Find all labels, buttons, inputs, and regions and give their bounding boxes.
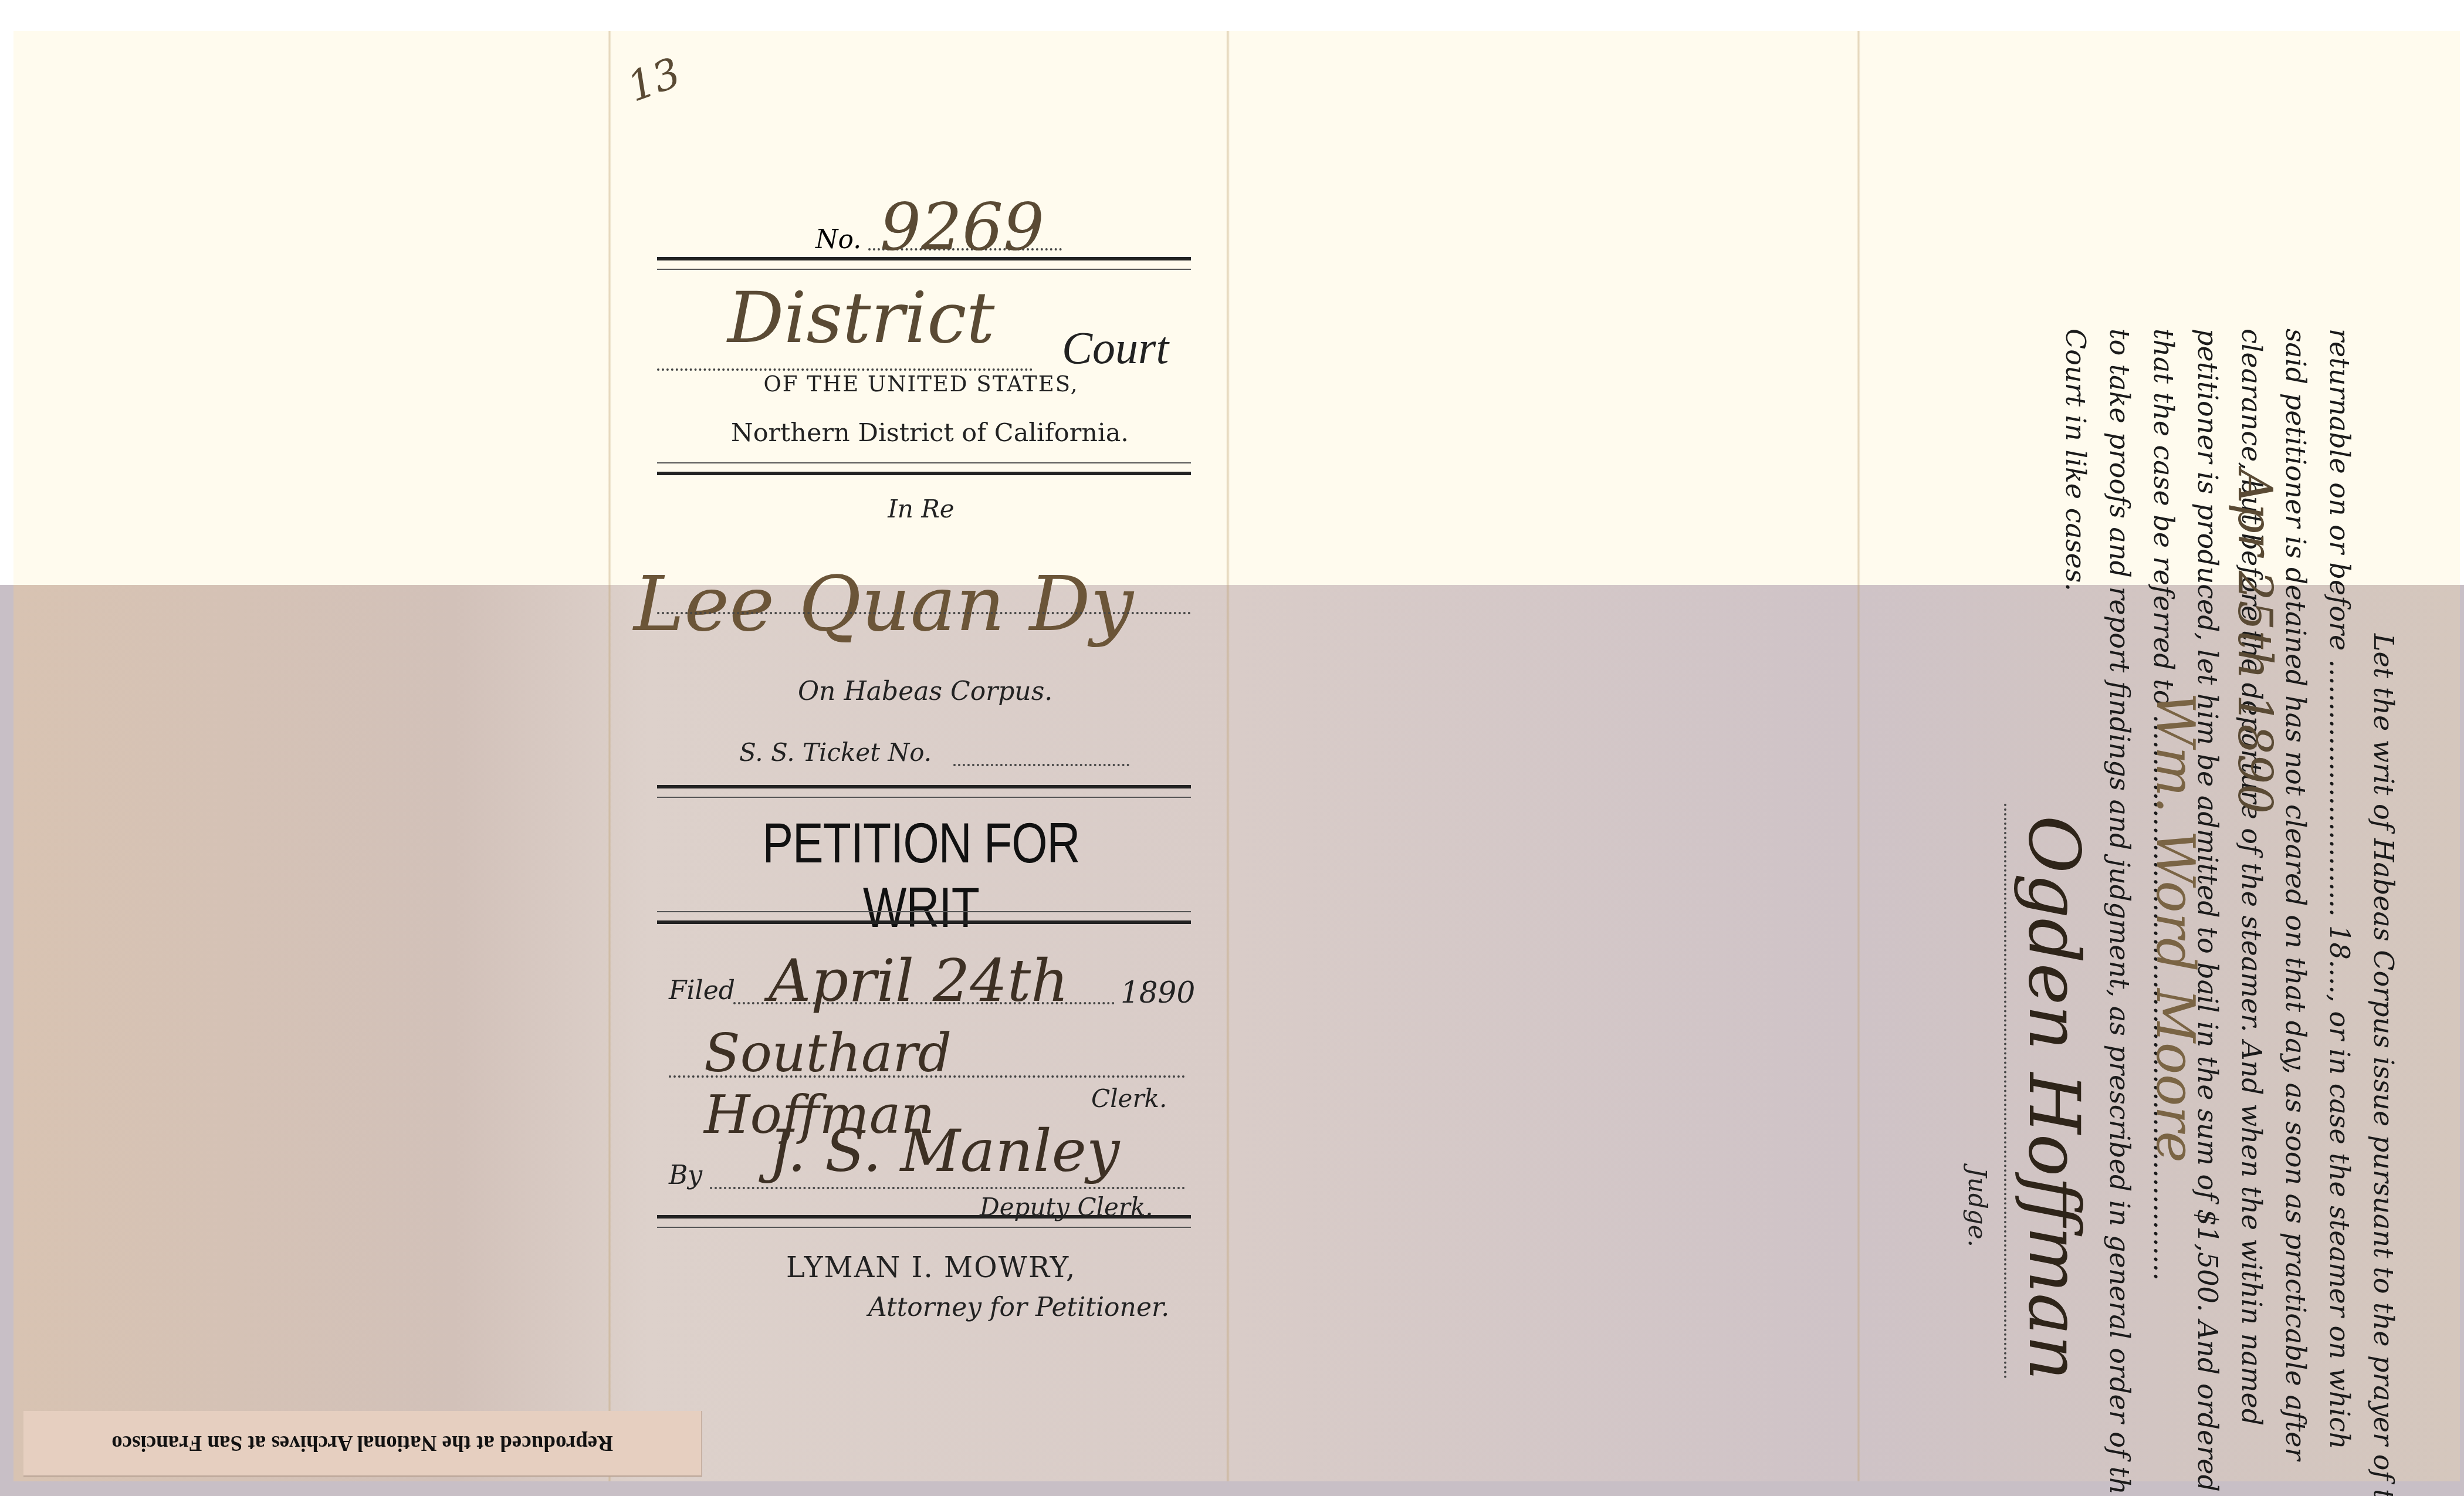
judge-signature-block: Ogden Hoffman Judge. — [1895, 804, 2118, 1390]
petitioner-line — [657, 612, 1191, 614]
in-re-label: In Re — [651, 495, 1191, 523]
court-subtitle-2: Northern District of California. — [660, 418, 1200, 448]
by-label: By — [669, 1160, 702, 1190]
judge-signature: Ogden Hoffman — [2013, 815, 2094, 1380]
filed-label: Filed — [669, 976, 735, 1006]
ticket-line[interactable] — [953, 764, 1129, 766]
filed-row: Filed April 24th 1890 — [651, 946, 1191, 1023]
ticket-row: S. S. Ticket No. — [739, 738, 1103, 773]
ticket-label: S. S. Ticket No. — [739, 738, 932, 767]
clerk-line — [669, 1075, 1185, 1078]
court-line — [657, 368, 1033, 371]
court-subtitle-1: OF THE UNITED STATES, — [651, 371, 1191, 397]
rule-2 — [657, 462, 1191, 475]
deputy-signature: J. S. Manley — [769, 1116, 1120, 1185]
judge-label: Judge. — [1963, 1167, 1992, 1247]
case-number-row: No. 9269 — [815, 189, 1097, 254]
court-label: Court — [1062, 321, 1169, 374]
deputy-row: By J. S. Manley Deputy Clerk. — [651, 1105, 1191, 1204]
petitioner-name-handwritten: Lee Quan Dy — [634, 559, 1133, 648]
fold-line-left — [608, 31, 611, 1481]
rule-4 — [657, 911, 1191, 924]
case-number-label: No. — [815, 225, 861, 255]
rule-3 — [657, 785, 1191, 798]
filed-year: 1890 — [1121, 976, 1195, 1010]
clerk-row: Southard Hoffman Clerk. — [651, 1023, 1191, 1105]
referee-handwritten: Wm. Word Moore — [2144, 692, 2206, 1163]
attorney-name: LYMAN I. MOWRY, — [786, 1251, 1326, 1284]
filed-date-handwritten: April 24th — [769, 946, 1069, 1015]
archive-stamp-text: Reproduced at the National Archives at S… — [111, 1431, 613, 1456]
court-handwritten: District — [727, 277, 995, 359]
cover-panel: No. 9269 District Court OF THE UNITED ST… — [651, 31, 1209, 1481]
proceeding-label: On Habeas Corpus. — [798, 676, 1338, 706]
case-number-value: 9269 — [880, 189, 1044, 265]
order-line-2: returnable on or before ................… — [2317, 329, 2361, 1443]
return-date-handwritten: Apr 25th 1890 — [2228, 469, 2282, 814]
attorney-label: Attorney for Petitioner. — [868, 1292, 1408, 1322]
judge-line — [2004, 804, 2006, 1379]
petitioner-row: Lee Quan Dy — [651, 547, 1191, 676]
fold-line-right — [1857, 31, 1860, 1481]
order-line-1: Let the writ of Habeas Corpus issue purs… — [2361, 329, 2405, 1443]
archive-stamp: Reproduced at the National Archives at S… — [23, 1411, 702, 1477]
deputy-line — [710, 1187, 1185, 1189]
rule-5 — [657, 1215, 1191, 1228]
court-row: District Court — [651, 266, 1191, 377]
